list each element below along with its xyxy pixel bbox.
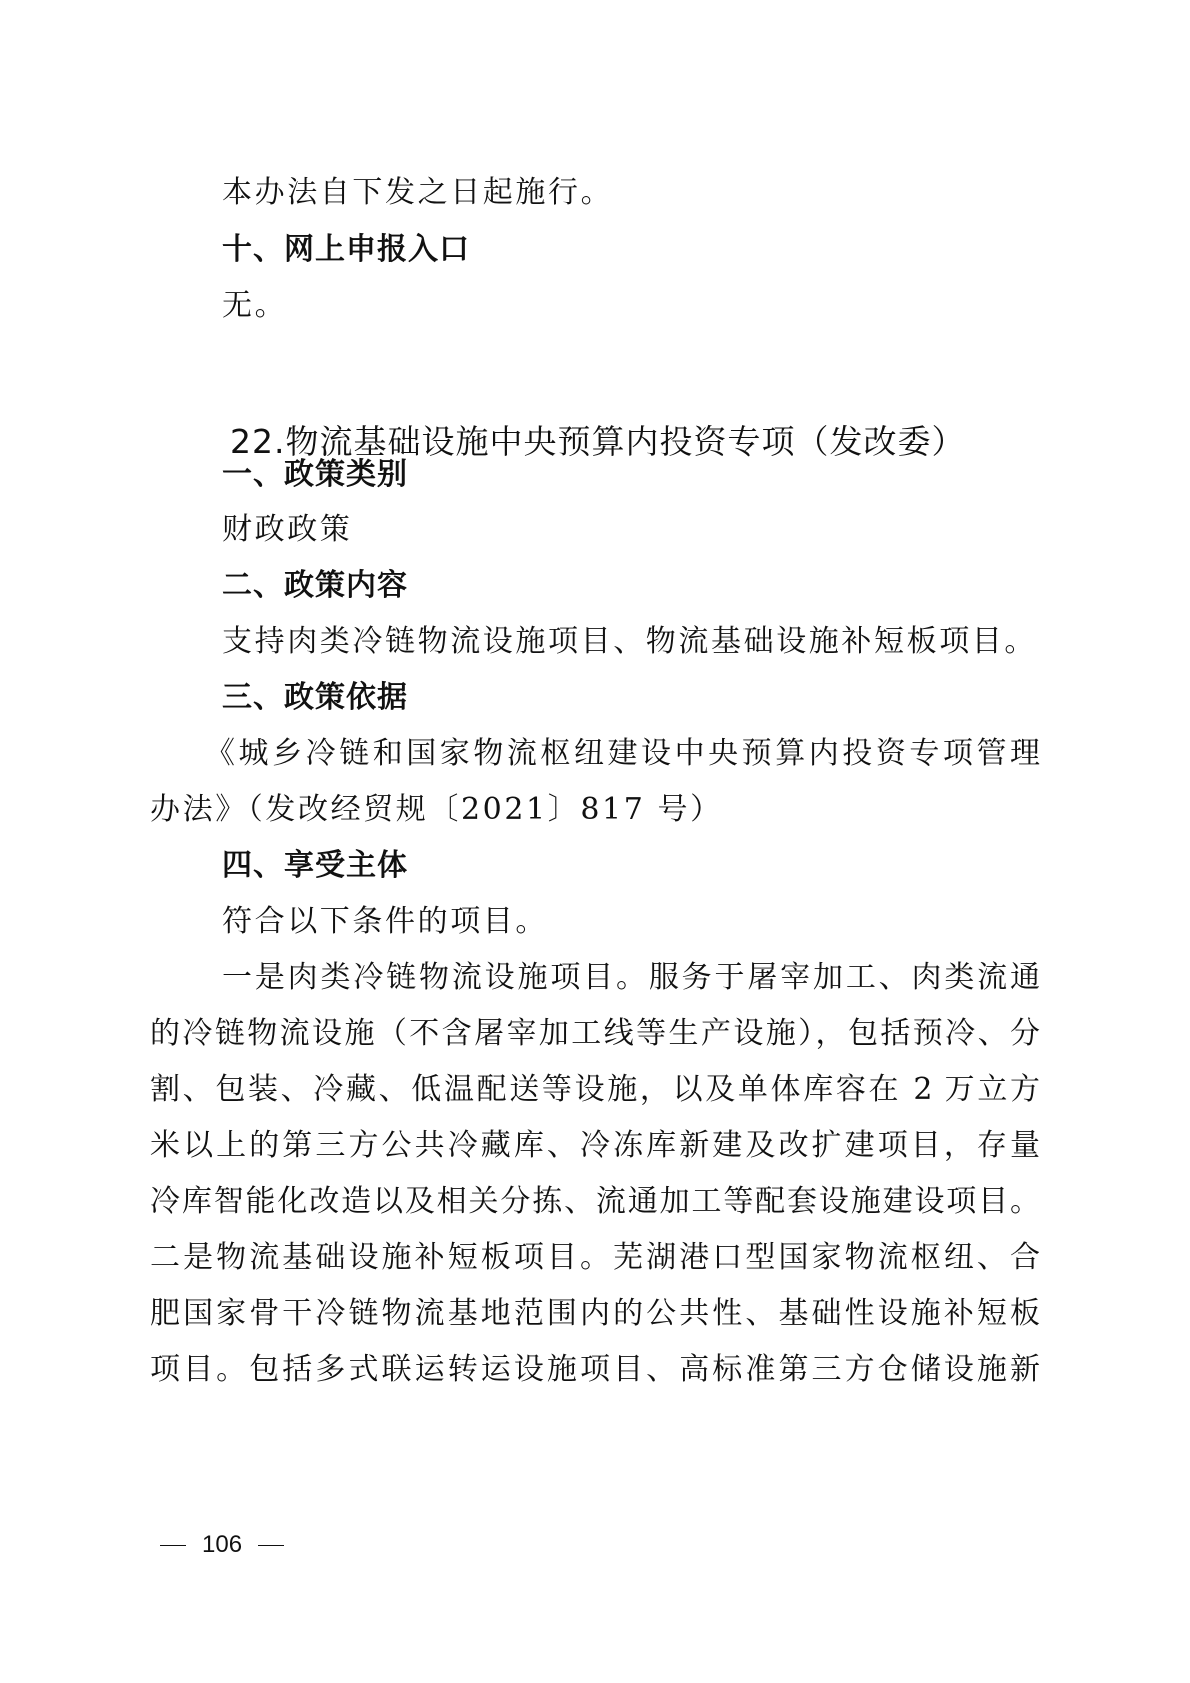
section-4-body-line: 二是物流基础设施补短板项目。芜湖港口型国家物流枢纽、合 [150,1238,1040,1278]
section-4-body-intro: 符合以下条件的项目。 [222,902,1040,942]
page-footer: 106 [160,1530,284,1560]
effective-date-text: 本办法自下发之日起施行。 [222,173,1040,213]
section-4-body-line: 割、包装、冷藏、低温配送等设施，以及单体库容在 2 万立方 [150,1070,1040,1110]
section-2-body: 支持肉类冷链物流设施项目、物流基础设施补短板项目。 [222,622,1040,662]
section-4-heading: 四、享受主体 [222,846,1040,886]
section-1-heading: 一、政策类别 [222,455,1040,495]
section-4-body-line: 的冷链物流设施（不含屠宰加工线等生产设施），包括预冷、分 [150,1014,1040,1054]
section-4-body-line: 冷库智能化改造以及相关分拣、流通加工等配套设施建设项目。 [150,1182,1040,1222]
section-3-body-line-1: 《城乡冷链和国家物流枢纽建设中央预算内投资专项管理 [205,734,1040,774]
section-2-heading: 二、政策内容 [222,566,1040,606]
section-4-body-line: 米以上的第三方公共冷藏库、冷冻库新建及改扩建项目，存量 [150,1126,1040,1166]
section-4-body-line: 项目。包括多式联运转运设施项目、高标准第三方仓储设施新 [150,1350,1040,1390]
section-10-body: 无。 [222,286,1040,326]
page-number: 106 [202,1530,242,1560]
footer-dash-left [160,1545,186,1546]
section-1-body: 财政政策 [222,510,1040,550]
section-10-heading: 十、网上申报入口 [222,230,1040,270]
section-4-body-line: 一是肉类冷链物流设施项目。服务于屠宰加工、肉类流通 [222,958,1040,998]
footer-dash-right [258,1545,284,1546]
section-3-heading: 三、政策依据 [222,678,1040,718]
section-3-body-line-2: 办法》（发改经贸规〔2021〕817 号） [150,790,1040,830]
section-4-body-line: 肥国家骨干冷链物流基地范围内的公共性、基础性设施补短板 [150,1294,1040,1334]
document-page: 本办法自下发之日起施行。 十、网上申报入口 无。 22.物流基础设施中央预算内投… [0,0,1190,1683]
